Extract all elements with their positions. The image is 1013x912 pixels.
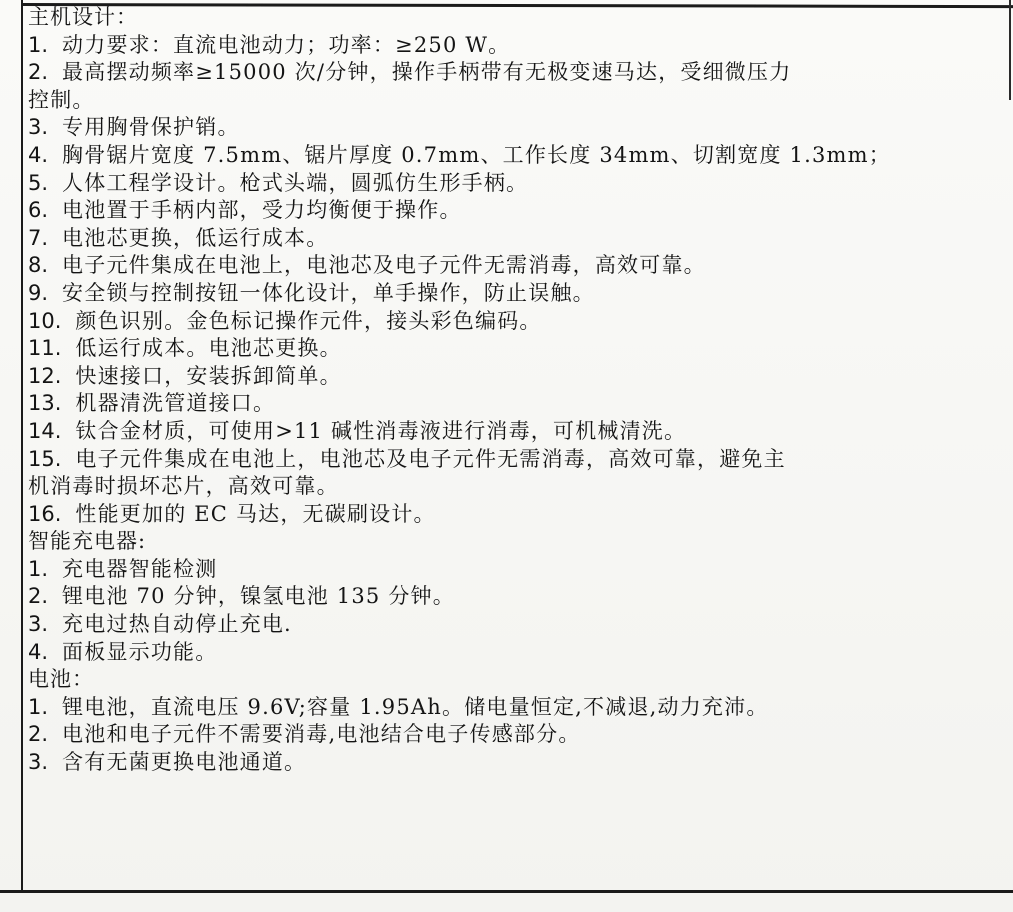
item-number: 8. <box>28 252 48 280</box>
item-text: 性能更加的 EC 马达，无碳刷设计。 <box>75 502 435 526</box>
item-text: 电池和电子元件不需要消毒,电池结合电子传感部分。 <box>62 722 580 746</box>
item-text: 电子元件集成在电池上，电池芯及电子元件无需消毒，高效可靠，避免主 <box>75 447 785 471</box>
section-title-smart-charger: 智能充电器: <box>28 528 1013 556</box>
item-number: 4. <box>28 639 48 667</box>
item-text: 电池芯更换，低运行成本。 <box>62 226 328 250</box>
list-item: 14.钛合金材质，可使用>11 碱性消毒液进行消毒，可机械清洗。 <box>28 418 1013 446</box>
list-item: 8.电子元件集成在电池上，电池芯及电子元件无需消毒，高效可靠。 <box>28 252 1013 280</box>
list-item: 6.电池置于手柄内部，受力均衡便于操作。 <box>28 197 1013 225</box>
table-border-left <box>21 0 23 893</box>
item-text: 钛合金材质，可使用>11 碱性消毒液进行消毒，可机械清洗。 <box>75 419 686 443</box>
list-item: 4.面板显示功能。 <box>28 639 1013 667</box>
spec-table-cell: 主机设计： 1.动力要求：直流电池动力；功率：≥250 W。 2.最高摆动频率≥… <box>28 4 1013 777</box>
item-number: 3. <box>28 611 48 639</box>
item-number: 2. <box>28 721 48 749</box>
item-text: 锂电池 70 分钟，镍氢电池 135 分钟。 <box>62 584 455 608</box>
list-item: 16.性能更加的 EC 马达，无碳刷设计。 <box>28 501 1013 529</box>
item-number: 16. <box>28 501 61 529</box>
scanned-document-page: 主机设计： 1.动力要求：直流电池动力；功率：≥250 W。 2.最高摆动频率≥… <box>0 0 1013 912</box>
item-number: 9. <box>28 280 48 308</box>
item-text: 专用胸骨保护销。 <box>62 115 240 139</box>
item-number: 13. <box>28 390 61 418</box>
item-number: 14. <box>28 418 61 446</box>
item-number: 1. <box>28 32 48 60</box>
item-text: 快速接口，安装拆卸简单。 <box>75 364 341 388</box>
item-text: 电池置于手柄内部，受力均衡便于操作。 <box>62 198 462 222</box>
item-text: 动力要求：直流电池动力；功率：≥250 W。 <box>62 33 510 57</box>
item-text: 充电器智能检测 <box>62 557 217 581</box>
item-number: 7. <box>28 225 48 253</box>
list-item: 10.颜色识别。金色标记操作元件，接头彩色编码。 <box>28 308 1013 336</box>
list-item: 11.低运行成本。电池芯更换。 <box>28 335 1013 363</box>
list-item: 2.锂电池 70 分钟，镍氢电池 135 分钟。 <box>28 583 1013 611</box>
list-item: 4.胸骨锯片宽度 7.5mm、锯片厚度 0.7mm、工作长度 34mm、切割宽度… <box>28 142 1013 170</box>
item-number: 4. <box>28 142 48 170</box>
item-text: 低运行成本。电池芯更换。 <box>75 336 341 360</box>
item-number: 1. <box>28 556 48 584</box>
list-item: 2.最高摆动频率≥15000 次/分钟，操作手柄带有无极变速马达，受细微压力 <box>28 59 1013 87</box>
list-item: 5.人体工程学设计。枪式头端，圆弧仿生形手柄。 <box>28 170 1013 198</box>
section-title-battery: 电池： <box>28 666 1013 694</box>
item-text: 安全锁与控制按钮一体化设计，单手操作，防止误触。 <box>62 281 595 305</box>
item-text: 面板显示功能。 <box>62 640 217 664</box>
item-number: 3. <box>28 114 48 142</box>
item-text: 颜色识别。金色标记操作元件，接头彩色编码。 <box>75 309 541 333</box>
item-number: 1. <box>28 694 48 722</box>
item-number: 3. <box>28 749 48 777</box>
item-number: 11. <box>28 335 61 363</box>
list-item: 2.电池和电子元件不需要消毒,电池结合电子传感部分。 <box>28 721 1013 749</box>
list-item: 1.动力要求：直流电池动力；功率：≥250 W。 <box>28 32 1013 60</box>
item-text: 充电过热自动停止充电. <box>62 612 292 636</box>
list-item: 1.锂电池，直流电压 9.6V;容量 1.95Ah。储电量恒定,不减退,动力充沛… <box>28 694 1013 722</box>
section-title-host-design: 主机设计： <box>28 4 1013 32</box>
item-text: 电子元件集成在电池上，电池芯及电子元件无需消毒，高效可靠。 <box>62 253 706 277</box>
item-text-continuation: 机消毒时损坏芯片，高效可靠。 <box>28 473 1013 501</box>
item-text: 胸骨锯片宽度 7.5mm、锯片厚度 0.7mm、工作长度 34mm、切割宽度 1… <box>62 143 891 167</box>
item-number: 2. <box>28 59 48 87</box>
item-number: 2. <box>28 583 48 611</box>
item-number: 6. <box>28 197 48 225</box>
list-item: 1.充电器智能检测 <box>28 556 1013 584</box>
item-text: 含有无菌更换电池通道。 <box>62 750 306 774</box>
item-text: 锂电池，直流电压 9.6V;容量 1.95Ah。储电量恒定,不减退,动力充沛。 <box>62 695 768 719</box>
item-number: 5. <box>28 170 48 198</box>
list-item: 3.专用胸骨保护销。 <box>28 114 1013 142</box>
item-text-continuation: 控制。 <box>28 87 1013 115</box>
item-text: 最高摆动频率≥15000 次/分钟，操作手柄带有无极变速马达，受细微压力 <box>62 60 791 84</box>
list-item: 9.安全锁与控制按钮一体化设计，单手操作，防止误触。 <box>28 280 1013 308</box>
item-text: 人体工程学设计。枪式头端，圆弧仿生形手柄。 <box>62 171 528 195</box>
item-text: 机器清洗管道接口。 <box>75 391 275 415</box>
item-number: 15. <box>28 446 61 474</box>
list-item: 3.充电过热自动停止充电. <box>28 611 1013 639</box>
item-number: 10. <box>28 308 61 336</box>
list-item: 12.快速接口，安装拆卸简单。 <box>28 363 1013 391</box>
table-border-bottom <box>0 890 1013 893</box>
list-item: 7.电池芯更换，低运行成本。 <box>28 225 1013 253</box>
list-item: 13.机器清洗管道接口。 <box>28 390 1013 418</box>
item-number: 12. <box>28 363 61 391</box>
list-item: 15.电子元件集成在电池上，电池芯及电子元件无需消毒，高效可靠，避免主 <box>28 446 1013 474</box>
list-item: 3.含有无菌更换电池通道。 <box>28 749 1013 777</box>
